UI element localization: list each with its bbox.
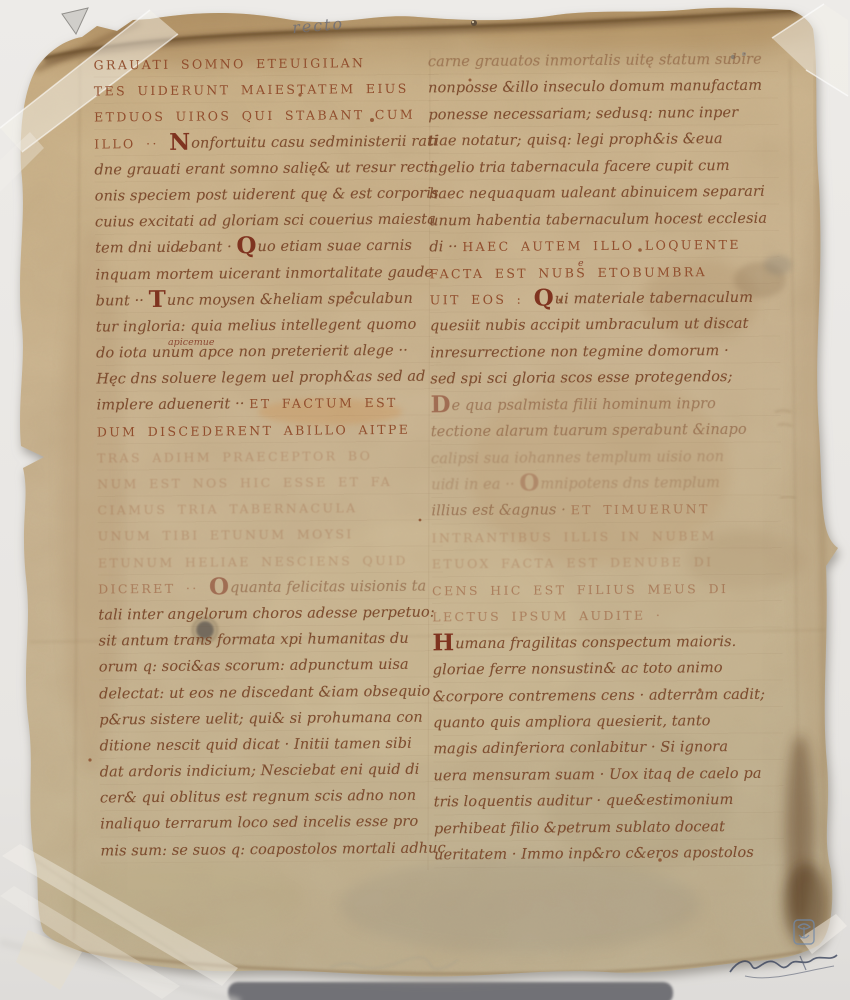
manuscript-line: tectione alarum tuarum sperabunt &inapo: [431, 416, 781, 445]
text-segment-min: quanto quis ampliora quesierit, tanto: [433, 713, 711, 731]
manuscript-line: De qua psalmista filii hominum inpro: [430, 389, 780, 418]
text-segment-min: perhibeat filio &petrum sublato doceat: [434, 819, 725, 837]
manuscript-line: ETDUOS UIROS QUI STABANT CUM: [94, 101, 439, 130]
text-segment-cap: FACTA EST NUBS ETOBUMBRA: [429, 264, 707, 281]
manuscript-line: sed spi sci gloria scos esse protegendos…: [430, 363, 780, 392]
manuscript-line: mis sum: se suos q: coapostolos mortali …: [100, 834, 445, 863]
text-segment-cap: GRAUATI SOMNO ETEUIGILAN: [94, 55, 366, 72]
manuscript-line: CENS HIC EST FILIUS MEUS DI: [432, 574, 782, 603]
text-segment-min: &corpore contremens cens · adterram cadi…: [433, 686, 765, 705]
text-segment-cap: ETUNUM HELIAE NESCIENS QUID: [98, 552, 408, 570]
manuscript-line: ETUNUM HELIAE NESCIENS QUID: [98, 546, 443, 575]
manuscript-line: inresurrectione non tegmine domorum ·: [430, 336, 780, 365]
text-segment-cap: CENS HIC EST FILIUS MEUS DI: [432, 581, 728, 598]
text-segment-min: onis speciem post uiderent quę & est cor…: [95, 185, 439, 204]
manuscript-line: TRAS ADIHM PRAECEPTOR BO: [97, 441, 442, 470]
manuscript-line: tur ingloria: quia melius intellegent qu…: [96, 310, 441, 339]
manuscript-line: ponesse necessariam; sedusq: nunc inper: [428, 99, 778, 128]
manuscript-line: cuius excitati ad gloriam sci couerius m…: [95, 206, 440, 235]
text-segment-cap: LECTUS IPSUM AUDITE ·: [432, 608, 662, 625]
manuscript-line: p&rus sistere uelit; qui& si prohumana c…: [99, 703, 444, 732]
manuscript-line: magis adinferiora conlabitur · Si ignora: [433, 733, 783, 762]
text-segment-min: tur ingloria: quia melius intellegent qu…: [96, 317, 417, 336]
text-segment-init: T: [149, 286, 167, 313]
table-edge-band: [228, 982, 673, 1000]
manuscript-line: gloriae ferre nonsustin& ac toto animo: [433, 654, 783, 683]
text-segment-cap: DUM DISCEDERENT ABILLO AITPE: [97, 421, 411, 439]
manuscript-line: INTRANTIBUS ILLIS IN NUBEM: [432, 521, 782, 550]
interlinear-gloss: e: [578, 258, 584, 269]
text-segment-min: uera mensuram suam · Uox itaq de caelo p…: [433, 766, 761, 785]
manuscript-line: implere aduenerit ·· ET FACTUM EST: [96, 389, 441, 418]
text-segment-min: orum q: soci&as scorum: adpunctum uisa: [99, 657, 409, 676]
manuscript-line: tiae notatur; quisq: legi proph&is &eua: [428, 125, 778, 154]
text-segment-cap: HAEC AUTEM ILLO LOQUENTE: [462, 237, 741, 254]
text-segment-init: H: [432, 629, 455, 656]
text-segment-cap: ETUOX FACTA EST DENUBE DI: [432, 554, 714, 571]
manuscript-line: NUM EST NOS HIC ESSE ET FA: [97, 467, 442, 496]
text-segment-init: O: [209, 573, 230, 600]
manuscript-line: ILLO ·· Nonfortuitu casu sedministerii r…: [94, 127, 439, 156]
text-segment-init: O: [519, 470, 540, 497]
text-segment-min: delectat: ut eos ne discedant &iam obseq…: [99, 683, 430, 702]
manuscript-line: ngelio tria tabernacula facere cupit cum: [429, 151, 779, 180]
text-segment-min: inaliquo terrarum loco sed incelis esse …: [100, 814, 418, 833]
text-segment-cap: UNUM TIBI ETUNUM MOYSI: [98, 527, 354, 544]
text-segment-min: illius est &agnus ·: [431, 503, 570, 520]
text-segment-min: quesiit nubis accipit umbraculum ut disc…: [430, 316, 749, 335]
text-segment-init: N: [169, 128, 191, 155]
manuscript-line: TES UIDERUNT MAIESTATEM EIUS: [94, 75, 439, 104]
manuscript-line: perhibeat filio &petrum sublato doceat: [434, 812, 784, 841]
manuscript-line: FACTA EST NUBS ETOBUMBRA: [429, 257, 779, 286]
text-segment-min: quanta felicitas uisionis ta: [230, 578, 426, 596]
manuscript-line: onis speciem post uiderent quę & est cor…: [95, 179, 440, 208]
manuscript-line: inaliquo terrarum loco sed incelis esse …: [100, 808, 445, 837]
text-segment-min: carne grauatos inmortalis uitę statum su…: [428, 52, 762, 71]
text-segment-cap: TRAS ADIHM PRAECEPTOR BO: [97, 448, 372, 465]
text-segment-min: Hęc dns soluere legem uel proph&as sed a…: [96, 369, 425, 388]
manuscript-line: dat ardoris indicium; Nesciebat eni quid…: [100, 756, 445, 785]
manuscript-line: Hęc dns soluere legem uel proph&as sed a…: [96, 363, 441, 392]
text-segment-init: Q: [534, 284, 555, 311]
manuscript-line: UNUM TIBI ETUNUM MOYSI: [98, 520, 443, 549]
manuscript-line: UIT EOS : Qui materiale tabernaculum: [430, 284, 780, 313]
manuscript-line: nonposse &illo inseculo domum manufactam: [428, 72, 778, 101]
text-segment-min: ui materiale tabernaculum: [555, 290, 753, 308]
text-segment-cap: INTRANTIBUS ILLIS IN NUBEM: [432, 528, 717, 545]
manuscript-line: quesiit nubis accipit umbraculum ut disc…: [430, 310, 780, 339]
text-segment-min: unum habentia tabernaculum hocest eccles…: [429, 210, 767, 229]
manuscript-line: DICERET ·· Oquanta felicitas uisionis ta: [98, 572, 443, 601]
text-segment-min: uidi in ea ··: [431, 477, 519, 494]
text-segment-min: tectione alarum tuarum sperabunt &inapo: [431, 422, 747, 440]
manuscript-line: sit antum trans formata xpi humanitas du: [98, 625, 443, 654]
manuscript-line: orum q: soci&as scorum: adpunctum uisa: [99, 651, 444, 680]
text-segment-min: mis sum: se suos q: coapostolos mortali …: [100, 840, 445, 859]
manuscript-line: CIAMUS TRIA TABERNACULA: [97, 494, 442, 523]
text-segment-min: gloriae ferre nonsustin& ac toto animo: [433, 660, 723, 678]
manuscript-line: ditione nescit quid dicat · Initii tamen…: [99, 729, 444, 758]
text-segment-min: calipsi sua iohannes templum uisio non: [431, 449, 724, 467]
text-segment-cap: NUM EST NOS HIC ESSE ET FA: [97, 474, 392, 492]
text-segment-init: D: [430, 391, 451, 418]
text-segment-cap: DICERET ··: [98, 580, 209, 596]
text-segment-min: p&rus sistere uelit; qui& si prohumana c…: [99, 709, 423, 728]
text-segment-min: ueritatem · Immo inp&ro c&eros apostolos: [434, 845, 754, 864]
text-segment-min: mnipotens dns templum: [540, 475, 720, 492]
manuscript-line: unum habentia tabernaculum hocest eccles…: [429, 204, 779, 233]
manuscript-line: tem dni uidebant · Quo etiam suae carnis: [95, 232, 440, 261]
manuscript-line: tali inter angelorum choros adesse perpe…: [98, 598, 443, 627]
manuscript-line: calipsi sua iohannes templum uisio non: [431, 442, 781, 471]
text-column-right: carne grauatos inmortalis uitę statum su…: [428, 46, 784, 868]
text-segment-cap: ET FACTUM EST: [249, 395, 398, 411]
text-segment-min: dne grauati erant somno salię& ut resur …: [94, 159, 434, 178]
text-segment-cap: UIT EOS :: [430, 292, 534, 308]
nail-hole: [471, 20, 477, 26]
text-segment-min: umana fragilitas conspectum maioris.: [455, 634, 736, 652]
text-segment-min: unc moysen &heliam speculabun: [167, 290, 413, 308]
manuscript-line: uidi in ea ·· Omnipotens dns templum: [431, 469, 781, 498]
text-segment-cap: CIAMUS TRIA TABERNACULA: [97, 500, 357, 517]
manuscript-line: ETUOX FACTA EST DENUBE DI: [432, 548, 782, 577]
interlinear-gloss: apicemue: [168, 337, 214, 348]
text-segment-min: haec nequaquam ualeant abinuicem separar…: [429, 184, 765, 203]
text-segment-cap: ETDUOS UIROS QUI STABANT CUM: [94, 107, 415, 125]
text-segment-min: dat ardoris indicium; Nesciebat eni quid…: [100, 762, 420, 781]
text-segment-min: tali inter angelorum choros adesse perpe…: [98, 605, 435, 624]
text-segment-min: di ··: [429, 239, 462, 255]
text-segment-min: magis adinferiora conlabitur · Si ignora: [433, 739, 728, 757]
text-segment-min: ditione nescit quid dicat · Initii tamen…: [99, 736, 411, 755]
text-segment-min: cer& qui oblitus est regnum scis adno no…: [100, 788, 416, 807]
manuscript-line: illius est &agnus · ET TIMUERUNT: [431, 495, 781, 524]
manuscript-line: GRAUATI SOMNO ETEUIGILAN: [93, 49, 438, 78]
manuscript-line: tris loquentis auditur · que&estimonium: [434, 786, 784, 815]
text-segment-min: inresurrectione non tegmine domorum ·: [430, 343, 729, 361]
manuscript-line: inquam mortem uicerant inmortalitate gau…: [95, 258, 440, 287]
manuscript-line: quanto quis ampliora quesierit, tanto: [433, 707, 783, 736]
text-segment-min: ponesse necessariam; sedusq: nunc inper: [428, 105, 738, 123]
text-segment-min: bunt ··: [96, 293, 149, 309]
manuscript-line: carne grauatos inmortalis uitę statum su…: [428, 46, 778, 75]
text-segment-min: tiae notatur; quisq: legi proph&is &eua: [428, 131, 722, 149]
text-segment-min: nonposse &illo inseculo domum manufactam: [428, 78, 762, 97]
text-segment-cap: ET TIMUERUNT: [571, 502, 710, 518]
manuscript-line: delectat: ut eos ne discedant &iam obseq…: [99, 677, 444, 706]
manuscript-line: DUM DISCEDERENT ABILLO AITPE: [97, 415, 442, 444]
manuscript-line: &corpore contremens cens · adterram cadi…: [433, 680, 783, 709]
manuscript-line: di ·· HAEC AUTEM ILLO LOQUENTE: [429, 231, 779, 260]
text-segment-min: sed spi sci gloria scos esse protegendos…: [430, 369, 732, 387]
manuscript-line: haec nequaquam ualeant abinuicem separar…: [429, 178, 779, 207]
manuscript-line: ueritatem · Immo inp&ro c&eros apostolos: [434, 839, 784, 868]
text-segment-min: e qua psalmista filii hominum inpro: [451, 396, 716, 414]
manuscript-line: bunt ·· Tunc moysen &heliam speculabun: [96, 284, 441, 313]
text-segment-min: onfortuitu casu sedministerii rati: [191, 133, 438, 151]
text-segment-min: cuius excitati ad gloriam sci couerius m…: [95, 212, 436, 231]
text-segment-min: do iota unum apce non preterierit alege …: [96, 343, 408, 362]
text-segment-min: implere aduenerit ··: [96, 397, 249, 414]
text-segment-min: inquam mortem uicerant inmortalitate gau…: [95, 264, 433, 283]
manuscript-line: LECTUS IPSUM AUDITE ·: [432, 601, 782, 630]
text-column-left: GRAUATI SOMNO ETEUIGILANTES UIDERUNT MAI…: [93, 49, 445, 864]
text-segment-min: tem dni uidebant ·: [95, 240, 236, 257]
text-segment-cap: ILLO ··: [94, 135, 169, 151]
manuscript-line: Humana fragilitas conspectum maioris.: [432, 627, 782, 656]
text-segment-min: uo etiam suae carnis: [257, 238, 412, 255]
text-segment-init: Q: [236, 232, 257, 259]
manuscript-line: dne grauati erant somno salię& ut resur …: [94, 153, 439, 182]
manuscript-line: do iota unum apce non preterierit alege …: [96, 337, 441, 366]
manuscript-line: cer& qui oblitus est regnum scis adno no…: [100, 782, 445, 811]
text-segment-min: tris loquentis auditur · que&estimonium: [434, 792, 734, 810]
text-segment-min: sit antum trans formata xpi humanitas du: [99, 631, 409, 650]
text-segment-cap: TES UIDERUNT MAIESTATEM EIUS: [94, 81, 409, 99]
manuscript-line: uera mensuram suam · Uox itaq de caelo p…: [433, 759, 783, 788]
manuscript-photo: recto GRAUATI SOMNO ETEUIGILANTES UIDERU…: [0, 0, 850, 1000]
text-segment-min: ngelio tria tabernacula facere cupit cum: [429, 158, 730, 176]
